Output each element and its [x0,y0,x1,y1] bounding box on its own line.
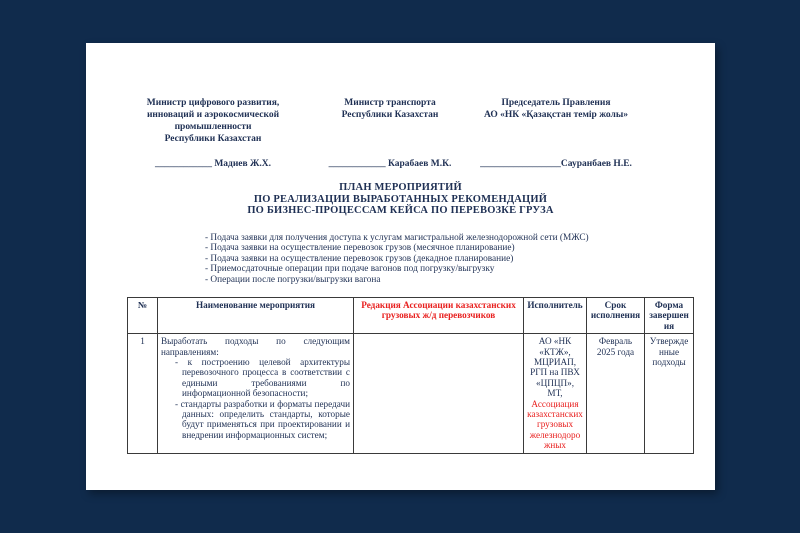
process-item: - Приемосдаточные операции при подаче ва… [205,264,685,274]
header-completion-form: Форма завершен ия [645,298,694,334]
business-process-list: - Подача заявки для получения доступа к … [205,233,685,285]
signatory-signature-line: ____________ Мадиев Ж.Х. [122,158,304,170]
cell-executor: АО «НК «КТЖ», МЦРИАП, РГП на ПВХ «ЦПЦП»,… [524,334,587,453]
executor-association: Ассоциация казахстанских грузовых железн… [527,399,583,451]
header-term: Срок исполнения [587,298,645,334]
process-item: - Подача заявки на осуществление перевоз… [205,243,685,253]
process-item: - Подача заявки для получения доступа к … [205,233,685,243]
activity-subitem: - к построению целевой архитектуры перев… [161,357,350,399]
process-item: - Операции после погрузки/выгрузки вагон… [205,275,685,285]
activity-subitem: - стандарты разработки и форматы передач… [161,399,350,441]
signatory-block-transport-minister: Министр транспорта Республики Казахстан … [324,97,456,170]
signatory-title: Председатель Правления АО «НК «Қазақстан… [464,97,648,121]
cell-activity: Выработать подходы по следующим направле… [158,334,354,453]
activity-intro: Выработать подходы по следующим направле… [161,336,350,357]
signatory-block-digital-minister: Министр цифрового развития, инноваций и … [122,97,304,170]
signatory-block-ktz-chairman: Председатель Правления АО «НК «Қазақстан… [464,97,648,170]
table-header-row: № Наименование мероприятия Редакция Ассо… [128,298,694,334]
signatory-signature-line: _________________Сауранбаев Н.Е. [464,158,648,170]
header-association-edit: Редакция Ассоциации казахстанских грузов… [354,298,524,334]
signatory-title: Министр цифрового развития, инноваций и … [122,97,304,145]
signatory-signature-line: ____________ Карабаев М.К. [324,158,456,170]
action-plan-table: № Наименование мероприятия Редакция Ассо… [127,297,694,454]
document-page: Министр цифрового развития, инноваций и … [86,43,715,490]
signatory-title: Министр транспорта Республики Казахстан [324,97,456,121]
cell-completion-form: Утвержде нные подходы [645,334,694,453]
header-num: № [128,298,158,334]
process-item: - Подача заявки на осуществление перевоз… [205,254,685,264]
table-row: 1 Выработать подходы по следующим направ… [128,334,694,453]
executor-list: АО «НК «КТЖ», МЦРИАП, РГП на ПВХ «ЦПЦП»,… [527,336,583,398]
header-executor: Исполнитель [524,298,587,334]
cell-association-edit [354,334,524,453]
document-title: ПЛАН МЕРОПРИЯТИЙ ПО РЕАЛИЗАЦИИ ВЫРАБОТАН… [86,182,715,217]
cell-term: Февраль 2025 года [587,334,645,453]
cell-num: 1 [128,334,158,453]
header-activity: Наименование мероприятия [158,298,354,334]
